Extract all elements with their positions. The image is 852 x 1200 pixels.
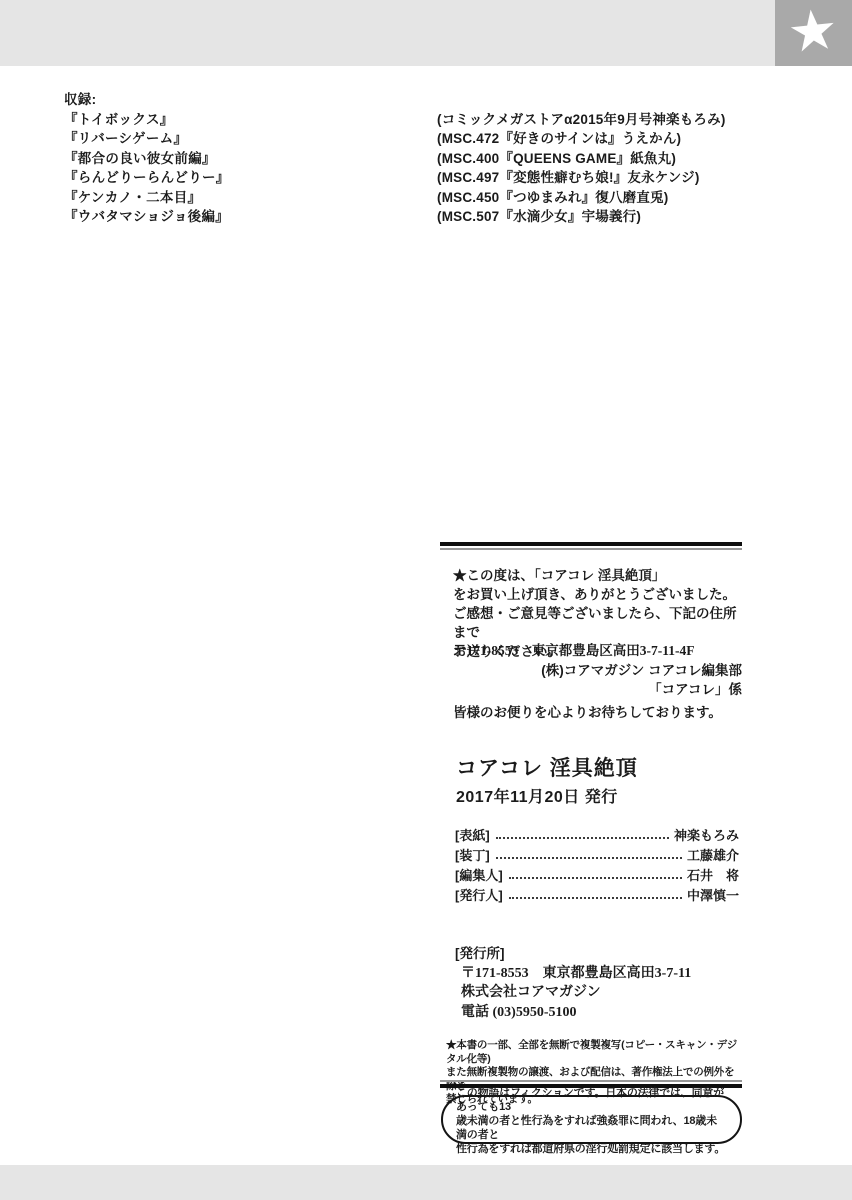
- page-corner-tab: ★: [775, 0, 852, 66]
- editorial-dept-line2: 「コアコレ」係: [453, 680, 742, 700]
- issue-date: 2017年11月20日 発行: [456, 784, 742, 807]
- colophon-page: ★ 収録: 『トイボックス』 『リバーシゲーム』 『都合の良い彼女前編』 『らん…: [0, 0, 852, 1200]
- publisher-block: [発行所] 〒171-8553 東京都豊島区高田3-7-11 株式会社コアマガジ…: [455, 944, 742, 1022]
- credit-role: [装丁]: [455, 845, 490, 864]
- dotted-leader: [509, 877, 682, 879]
- credit-name: 石井 将: [687, 865, 739, 884]
- publisher-postal: 〒171-8553 東京都豊島区高田3-7-11: [455, 964, 742, 984]
- dotted-leader: [496, 837, 669, 839]
- rule-thick: [440, 542, 742, 546]
- rule-thin: [440, 548, 742, 550]
- toc-source: (MSC.450『つゆまみれ』復八磨直兎): [437, 188, 726, 208]
- bottom-margin-band: [0, 1165, 852, 1200]
- toc-source: (MSC.400『QUEENS GAME』紙魚丸): [437, 149, 726, 169]
- toc-title: 『トイボックス』: [64, 110, 230, 130]
- credit-row: [装丁] 工藤雄介: [455, 844, 739, 864]
- toc-source: (MSC.472『好きのサインは』うえかん): [437, 129, 726, 149]
- credit-role: [編集人]: [455, 865, 503, 884]
- editorial-postal: 〒171-8553 東京都豊島区高田3-7-11-4F: [453, 641, 742, 661]
- toc-title: 『都合の良い彼女前編』: [64, 149, 230, 169]
- await-letters-line: 皆様のお便りを心よりお待ちしております。: [453, 701, 743, 721]
- credit-name: 中澤慎一: [687, 885, 739, 904]
- disclaimer-box: この物語はフィクションです。日本の法律では、同意があっても13 歳未満の者と性行…: [441, 1095, 742, 1144]
- toc-source-column: (コミックメガストアα2015年9月号神楽もろみ) (MSC.472『好きのサイ…: [437, 110, 726, 227]
- toc-source: (MSC.507『水滴少女』宇場義行): [437, 207, 726, 227]
- credit-row: [発行人] 中澤慎一: [455, 884, 739, 904]
- dotted-leader: [496, 857, 682, 859]
- toc-title-column: 収録: 『トイボックス』 『リバーシゲーム』 『都合の良い彼女前編』 『らんどり…: [64, 90, 230, 227]
- toc-source: (コミックメガストアα2015年9月号神楽もろみ): [437, 110, 726, 130]
- credit-name: 神楽もろみ: [674, 825, 739, 844]
- credit-row: [編集人] 石井 将: [455, 864, 739, 884]
- credit-name: 工藤雄介: [687, 845, 739, 864]
- publisher-phone: 電話 (03)5950-5100: [455, 1003, 742, 1023]
- dotted-leader: [509, 897, 682, 899]
- credit-role: [表紙]: [455, 825, 490, 844]
- editorial-address: 〒171-8553 東京都豊島区高田3-7-11-4F (株)コアマガジン コア…: [453, 641, 742, 700]
- toc-heading: 収録:: [64, 90, 230, 110]
- toc-source: (MSC.497『変態性癖むち娘!』友永ケンジ): [437, 168, 726, 188]
- publisher-heading: [発行所]: [455, 944, 742, 964]
- rule-thin: [440, 1080, 742, 1082]
- credit-row: [表紙] 神楽もろみ: [455, 824, 739, 844]
- disclaimer-text: この物語はフィクションです。日本の法律では、同意があっても13 歳未満の者と性行…: [456, 1086, 727, 1156]
- toc-title: 『リバーシゲーム』: [64, 129, 230, 149]
- toc-title: 『らんどりーらんどりー』: [64, 168, 230, 188]
- publisher-company: 株式会社コアマガジン: [455, 983, 742, 1003]
- editorial-dept-line1: (株)コアマガジン コアコレ編集部: [453, 661, 742, 681]
- toc-title: 『ケンカノ・二本目』: [64, 188, 230, 208]
- top-margin-band: [0, 0, 852, 66]
- divider-top: [440, 542, 742, 550]
- toc-title: 『ウバタマショジョ後編』: [64, 207, 230, 227]
- credits-list: [表紙] 神楽もろみ [装丁] 工藤雄介 [編集人] 石井 将 [発行人] 中澤…: [455, 824, 739, 904]
- credit-role: [発行人]: [455, 885, 503, 904]
- book-title: コアコレ 淫具絶頂: [456, 752, 742, 782]
- star-icon: ★: [785, 1, 841, 62]
